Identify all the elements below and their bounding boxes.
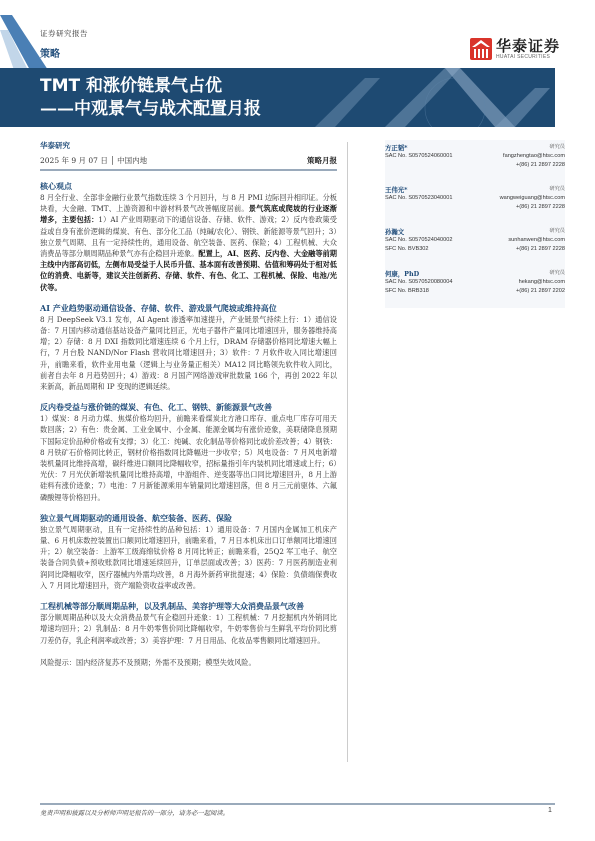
analyst-phone: +(86) 21 2897 2228	[516, 245, 565, 254]
analyst-role: 研究员	[549, 143, 565, 152]
title-banner: TMT 和涨价链景气占优 ——中观景气与战术配置月报	[0, 68, 555, 127]
section-title-core-view: 核心观点	[40, 181, 337, 192]
analyst-sfc: SFC No. BVB302	[385, 245, 429, 254]
analyst-sfc: SFC No. BRB318	[385, 287, 429, 296]
analyst-name: 何康，PhD	[385, 269, 419, 278]
section-title-ai: AI 产业趋势驱动通信设备、存储、软件、游戏景气爬坡或维持高位	[40, 303, 337, 314]
analyst-sac: SAC No. S0570524060001	[385, 152, 453, 161]
page-number: 1	[548, 807, 552, 814]
footer-divider	[40, 803, 555, 805]
risk-warning: 风险提示：国内经济复苏不及预期；外需不及预期；模型失效风险。	[40, 658, 337, 668]
analyst-name: 王伟光*	[385, 185, 408, 194]
main-content: 华泰研究 2025 年 9 月 07 日 │ 中国内地 策略月报 核心观点 8 …	[40, 140, 337, 668]
independent-cycle-paragraph: 独立景气周期驱动，且有一定持续性的品种包括：1）通用设备：7 月国内金属加工机床…	[40, 524, 337, 591]
procyclical-paragraph: 部分顺周期品种以及大众消费品景气有企稳回升迹象：1）工程机械：7 月挖掘机内外销…	[40, 612, 337, 646]
analyst-card: 方正韬* 研究员 SAC No. S0570524060001 fangzhen…	[385, 140, 565, 171]
org-label: 华泰研究	[40, 140, 337, 151]
analyst-email[interactable]: hekang@htsc.com	[519, 278, 565, 287]
analyst-card: 何康，PhD 研究员 SAC No. S0570520080004 hekang…	[385, 266, 565, 297]
analyst-sac: SAC No. S0570520080004	[385, 278, 453, 287]
footer-disclaimer: 免责声明和披露以及分析师声明是报告的一部分，请务必一起阅读。	[40, 808, 229, 817]
analyst-role: 研究员	[549, 185, 565, 194]
analyst-card: 王伟光* 研究员 SAC No. S0570523040001 wangweig…	[385, 182, 565, 213]
analyst-name: 孙瀚文	[385, 227, 404, 236]
banner-graphic-icon	[295, 68, 555, 127]
logo-en-text: HUATAI SECURITIES	[496, 54, 560, 60]
analyst-panel: 方正韬* 研究员 SAC No. S0570524060001 fangzhen…	[385, 140, 565, 308]
report-subtitle: ——中观景气与战术配置月报	[40, 98, 261, 120]
analyst-card: 孙瀚文 研究员 SAC No. S0570524040002 sunhanwen…	[385, 224, 565, 255]
category-label: 策略	[40, 45, 60, 60]
analyst-role: 研究员	[549, 269, 565, 278]
analyst-email[interactable]: fangzhengtao@htsc.com	[503, 152, 565, 161]
analyst-phone: +(86) 21 2897 2228	[516, 203, 565, 212]
analyst-email[interactable]: sunhanwen@htsc.com	[508, 236, 565, 245]
section-title-independent-cycle: 独立景气周期驱动的通用设备、航空装备、医药、保险	[40, 513, 337, 524]
report-title: TMT 和涨价链景气占优	[40, 75, 222, 97]
huatai-logo: 华泰证券 HUATAI SECURITIES	[470, 38, 560, 60]
analyst-phone: +(86) 21 2897 2202	[516, 287, 565, 296]
report-type-label: 证券研究报告	[40, 28, 88, 39]
analyst-email[interactable]: wangweiguang@htsc.com	[500, 194, 565, 203]
analyst-phone: +(86) 21 2897 2228	[516, 161, 565, 170]
section-title-procyclical: 工程机械等部分顺周期品种，以及乳制品、美容护理等大众消费品景气改善	[40, 601, 337, 612]
logo-cn-text: 华泰证券	[496, 38, 560, 54]
dateline: 2025 年 9 月 07 日 │ 中国内地 策略月报	[40, 155, 337, 171]
report-series: 策略月报	[307, 155, 337, 166]
column-divider	[347, 142, 348, 762]
analyst-role: 研究员	[549, 227, 565, 236]
ai-paragraph: 8 月 DeepSeek V3.1 发布，AI Agent 渗透率加速提升，产业…	[40, 314, 337, 392]
huatai-logo-icon	[470, 38, 492, 60]
analyst-sac: SAC No. S0570523040001	[385, 194, 453, 203]
section-title-anti-involution: 反内卷受益与涨价链的煤炭、有色、化工、钢铁、新能源景气改善	[40, 402, 337, 413]
analyst-name: 方正韬*	[385, 143, 408, 152]
anti-involution-paragraph: 1）煤炭：8 月动力煤、焦煤价格均回升，前瞻来看煤炭北方港口库存、重点电厂库存可…	[40, 413, 337, 503]
analyst-sac: SAC No. S0570524040002	[385, 236, 453, 245]
date-region: 2025 年 9 月 07 日 │ 中国内地	[40, 155, 147, 166]
core-view-paragraph: 8 月全行业、全部非金融行业景气指数连续 3 个月回升，与 8 月 PMI 边际…	[40, 192, 337, 293]
